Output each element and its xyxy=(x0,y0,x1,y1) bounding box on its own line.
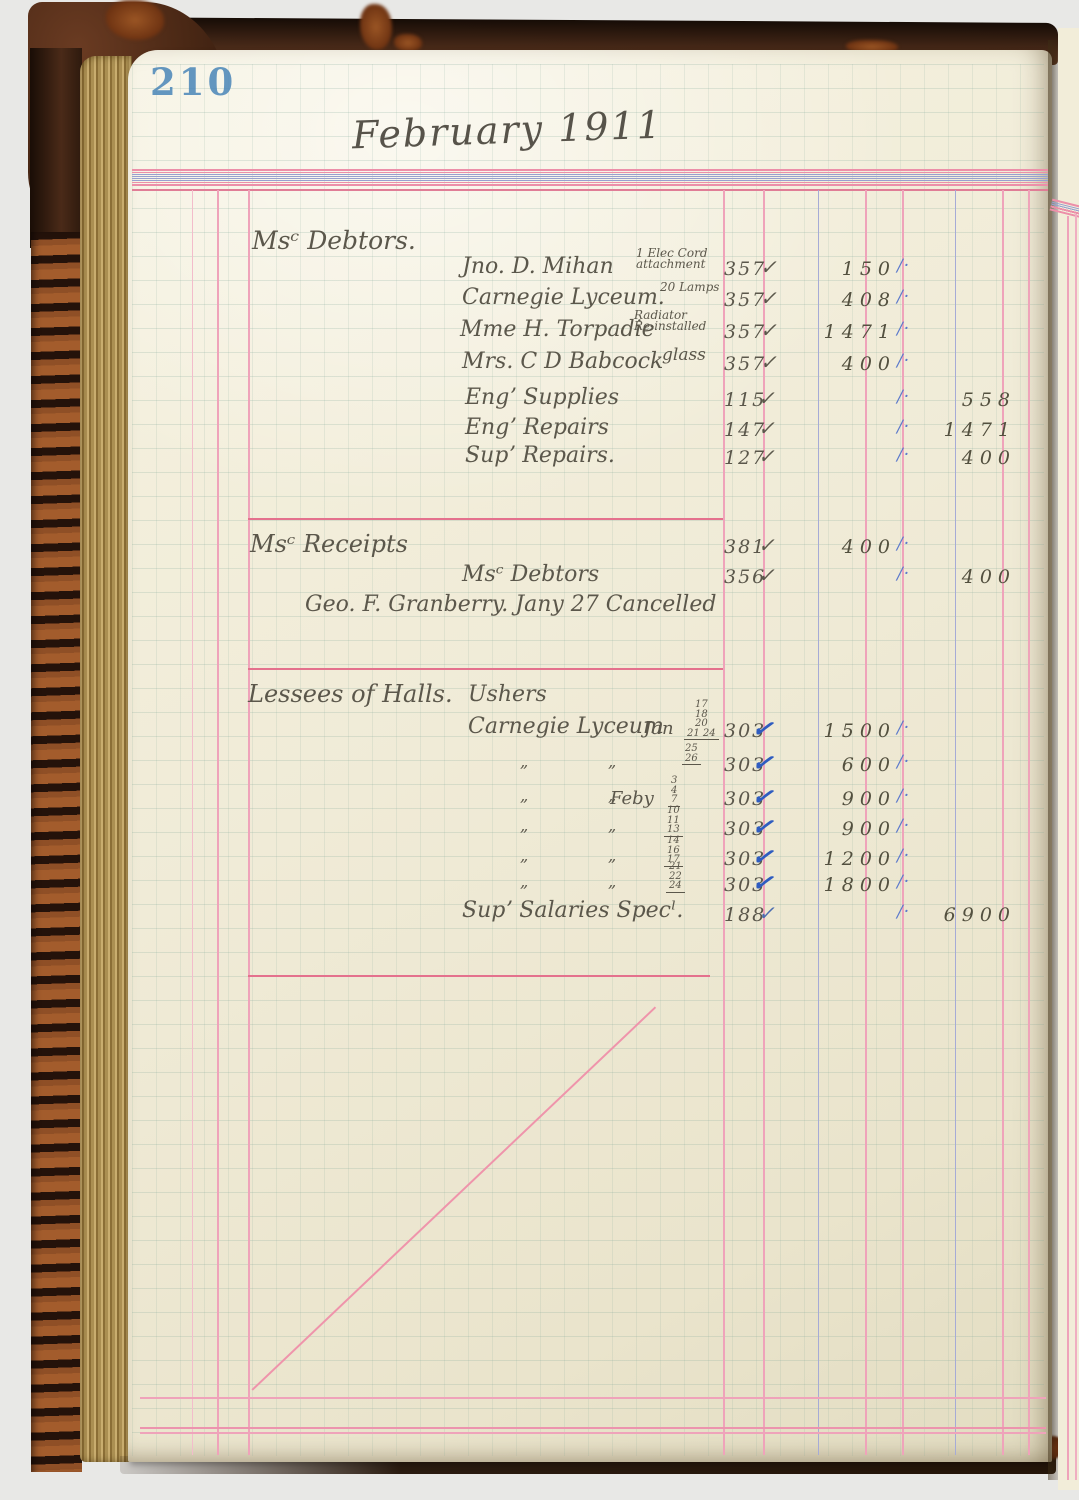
book-spine-striped-leather xyxy=(31,232,82,1472)
debit-amount: 1800 xyxy=(790,874,896,896)
posting-mark: ∕· xyxy=(897,718,910,738)
debit-amount: 900 xyxy=(790,818,896,840)
book-spine-leather xyxy=(30,48,82,248)
ditto-mark: „ xyxy=(608,846,616,865)
entry-note: 20 Lamps xyxy=(660,282,719,293)
entry-description: Engʼ Repairs xyxy=(465,415,609,440)
month-label: Jan xyxy=(644,718,674,739)
column-line-credit xyxy=(955,190,956,1455)
posting-mark: ∕· xyxy=(897,319,910,339)
page-number-stamp: 210 xyxy=(150,60,236,104)
credit-amount: 6900 xyxy=(928,904,1016,926)
posting-mark: ∕· xyxy=(897,786,910,806)
posting-mark: ∕· xyxy=(897,387,910,407)
footer-double-rule xyxy=(140,1432,1046,1434)
facing-page-column-line xyxy=(1067,216,1069,1480)
section-divider xyxy=(248,668,723,670)
posting-mark: ∕· xyxy=(897,445,910,465)
posting-mark: ∕· xyxy=(897,256,910,276)
posting-mark: ∕· xyxy=(897,872,910,892)
gilt-page-edges xyxy=(80,56,132,1462)
ditto-mark: „ xyxy=(520,872,528,891)
entry-description: Carnegie Lyceum xyxy=(468,714,664,739)
blue-tick-mark: ✓ xyxy=(750,747,775,779)
tick-mark: ✓ xyxy=(758,901,775,925)
section-subheading: Ushers xyxy=(468,682,547,707)
debit-amount: 408 xyxy=(790,289,896,311)
entry-note: Radiator Re-installed xyxy=(634,310,706,332)
header-rule-band xyxy=(132,169,1048,186)
posting-mark: ∕· xyxy=(897,287,910,307)
debit-amount: 900 xyxy=(790,788,896,810)
credit-amount: 400 xyxy=(928,566,1016,588)
debit-amount: 400 xyxy=(790,353,896,375)
date-stack: 25 26 xyxy=(682,744,701,765)
ditto-mark: „ xyxy=(608,872,616,891)
tick-mark: ✓ xyxy=(760,255,777,279)
blue-tick-mark: ✓ xyxy=(750,713,775,745)
entry-description: Mme H. Torpadie xyxy=(460,317,655,342)
column-line xyxy=(192,190,193,1455)
credit-amount: 558 xyxy=(928,389,1016,411)
entry-description: Supʼ Repairs. xyxy=(465,443,615,468)
blue-tick-mark: ✓ xyxy=(750,781,775,813)
tick-mark: ✓ xyxy=(760,286,777,310)
blue-tick-mark: ✓ xyxy=(750,867,775,899)
entry-description: Jno. D. Mihan xyxy=(462,254,614,279)
posting-mark: ∕· xyxy=(897,816,910,836)
ditto-mark: „ xyxy=(608,752,616,771)
month-label: Feby xyxy=(610,788,654,809)
debit-amount: 600 xyxy=(790,754,896,776)
posting-mark: ∕· xyxy=(897,752,910,772)
ditto-mark: „ xyxy=(520,846,528,865)
credit-amount: 1471 xyxy=(928,419,1016,441)
tick-mark: ✓ xyxy=(758,416,775,440)
ledger-photo: 210 February 1911 Msᶜ Debtors. Jno. D. M… xyxy=(0,0,1079,1500)
torn-leather-fuzz xyxy=(360,4,392,50)
ditto-mark: „ xyxy=(520,786,528,805)
tick-mark: ✓ xyxy=(758,563,775,587)
debit-amount: 400 xyxy=(790,536,896,558)
date-stack: 21 22 24 xyxy=(666,862,685,893)
facing-page-column-line xyxy=(1075,214,1077,1480)
ditto-mark: „ xyxy=(608,816,616,835)
posting-mark: ∕· xyxy=(897,846,910,866)
entry-note: 1 Elec Cord attachment xyxy=(636,248,708,270)
tick-mark: ✓ xyxy=(758,533,775,557)
posting-mark: ∕· xyxy=(897,564,910,584)
tick-mark: ✓ xyxy=(758,386,775,410)
credit-amount: 400 xyxy=(928,447,1016,469)
entry-description: Mrs. C D Babcock xyxy=(462,349,663,374)
section-divider xyxy=(248,518,723,520)
entry-description: Supʼ Salaries Specˡ. xyxy=(462,898,683,923)
column-line xyxy=(248,190,250,1455)
section-heading: Msᶜ Receipts xyxy=(250,530,408,558)
cancelled-entry-note: Geo. F. Granberry. Jany 27 Cancelled xyxy=(305,592,716,617)
tick-mark: ✓ xyxy=(760,318,777,342)
section-divider xyxy=(248,975,710,977)
debit-amount: 1471 xyxy=(790,321,896,343)
debit-amount: 150 xyxy=(790,258,896,280)
section-heading: Msᶜ Debtors. xyxy=(252,226,416,255)
entry-description: Msᶜ Debtors xyxy=(462,562,599,587)
footer-rule xyxy=(140,1397,1046,1399)
tick-mark: ✓ xyxy=(760,350,777,374)
entry-description: Engʼ Supplies xyxy=(465,385,619,410)
column-line xyxy=(1002,190,1004,1455)
posting-mark: ∕· xyxy=(897,902,910,922)
ditto-mark: „ xyxy=(520,752,528,771)
date-stack: 3 4 7 xyxy=(668,776,680,807)
column-line xyxy=(217,190,219,1455)
column-line-page-edge xyxy=(1028,190,1030,1455)
date-stack: 17 18 20 21 24 xyxy=(684,700,719,740)
section-heading: Lessees of Halls. xyxy=(248,680,453,708)
ditto-mark: „ xyxy=(520,816,528,835)
posting-mark: ∕· xyxy=(897,417,910,437)
header-rule-single xyxy=(132,189,1048,191)
debit-amount: 1200 xyxy=(790,848,896,870)
posting-mark: ∕· xyxy=(897,534,910,554)
posting-mark: ∕· xyxy=(897,351,910,371)
entry-description: Carnegie Lyceum. xyxy=(462,285,665,310)
debit-amount: 1500 xyxy=(790,720,896,742)
tick-mark: ✓ xyxy=(758,444,775,468)
blue-tick-mark: ✓ xyxy=(750,811,775,843)
footer-double-rule xyxy=(140,1427,1046,1429)
date-stack: 10 11 13 xyxy=(664,806,683,837)
entry-note: glass xyxy=(662,350,706,361)
